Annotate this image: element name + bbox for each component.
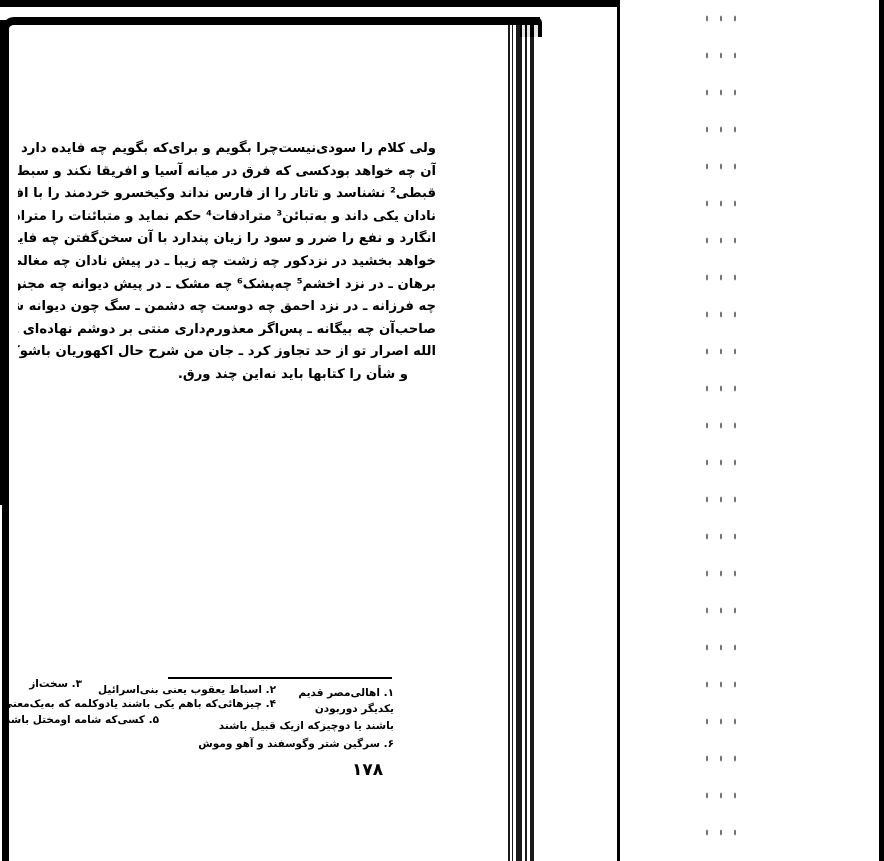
footnote-text: کسی‌که شامه اومختل باشد (5, 714, 145, 726)
footnote-1: ۱. اهالی‌مصر قدیم (298, 685, 394, 702)
text-line: نادان یکی داند و به‌تبائن³ مترادفات⁴ حکم… (18, 206, 436, 229)
footnote-5: ۵. کسی‌که شامه اومختل باشد (5, 712, 159, 729)
scan-top-border (0, 0, 620, 7)
footnote-6: ۶. سرگین شتر وگوسفند و آهو وموش (198, 736, 394, 753)
text-line-last: و شأن را کتابها باید نه‌این چند ورق. (18, 364, 436, 387)
footnote-3: ۳. سخت‌از (29, 676, 82, 693)
text-line: صاحب‌آن چه بیگانه ـ پس‌اگر معذورم‌داری م… (18, 319, 436, 342)
footnote-text: اهالی‌مصر قدیم (298, 687, 380, 699)
footnote-separator (168, 677, 392, 679)
footnote-number: ۴. (266, 698, 276, 710)
footnote-text: چیزهائی‌که باهم یکی باشند یادوکلمه که به… (2, 698, 262, 710)
text-line: قبطی² نشناسد و تاتار را از فارس نداند وک… (18, 183, 436, 206)
footnote-number: ۵. (149, 714, 159, 726)
text-line: خواهد بخشید در نزدکور چه زشت چه زیبا ـ د… (18, 251, 436, 274)
footnote-number: ۲. (266, 684, 276, 696)
footnote-4: ۴. چیزهائی‌که باهم یکی باشند یادوکلمه که… (2, 696, 276, 713)
page-left-edge (0, 20, 9, 505)
scan-right-border (879, 0, 884, 861)
page-number: ۱۷۸ (352, 760, 383, 780)
text-line: برهان ـ در نزد اخشم⁵ چه‌پشک⁶ چه مشک ـ در… (18, 274, 436, 297)
text-line: الله اصرار تو از حد تجاوز کرد ـ جان من ش… (18, 341, 436, 364)
text-line: چه فرزانه ـ در نزد احمق چه دوست چه دشمن … (18, 296, 436, 319)
text-line: انگارد و نفع را ضرر و سود را زیان پندارد… (18, 228, 436, 251)
footnote-number: ۳. (72, 678, 82, 690)
footnote-text: سخت‌از (29, 678, 68, 690)
main-paragraph: ولی کلام را سودی‌نیست‌چرا بگویم و برای‌ک… (18, 138, 436, 387)
facing-page-edge (617, 0, 620, 861)
text-line: آن چه خواهد بودکسی که فرق در میانه آسیا … (18, 161, 436, 184)
footnote-number: ۶. (384, 738, 394, 750)
facing-page-bleed-dots (700, 0, 740, 861)
footnote-1-cont: یکدیگر دوربودن (315, 701, 394, 718)
footnote-number: ۱. (384, 687, 394, 699)
footnote-4-cont: باشند یا دوچیزکه ازیک قبیل باشند (219, 718, 394, 735)
footnote-text: یکدیگر دوربودن (315, 703, 394, 715)
footnote-text: باشند یا دوچیزکه ازیک قبیل باشند (219, 720, 394, 732)
text-line: ولی کلام را سودی‌نیست‌چرا بگویم و برای‌ک… (18, 138, 436, 161)
footnote-text: اسباط یعقوب یعنی بنی‌اسرائیل (98, 684, 262, 696)
binding-gutter (508, 25, 538, 861)
footnote-text: سرگین شتر وگوسفند و آهو وموش (198, 738, 380, 750)
